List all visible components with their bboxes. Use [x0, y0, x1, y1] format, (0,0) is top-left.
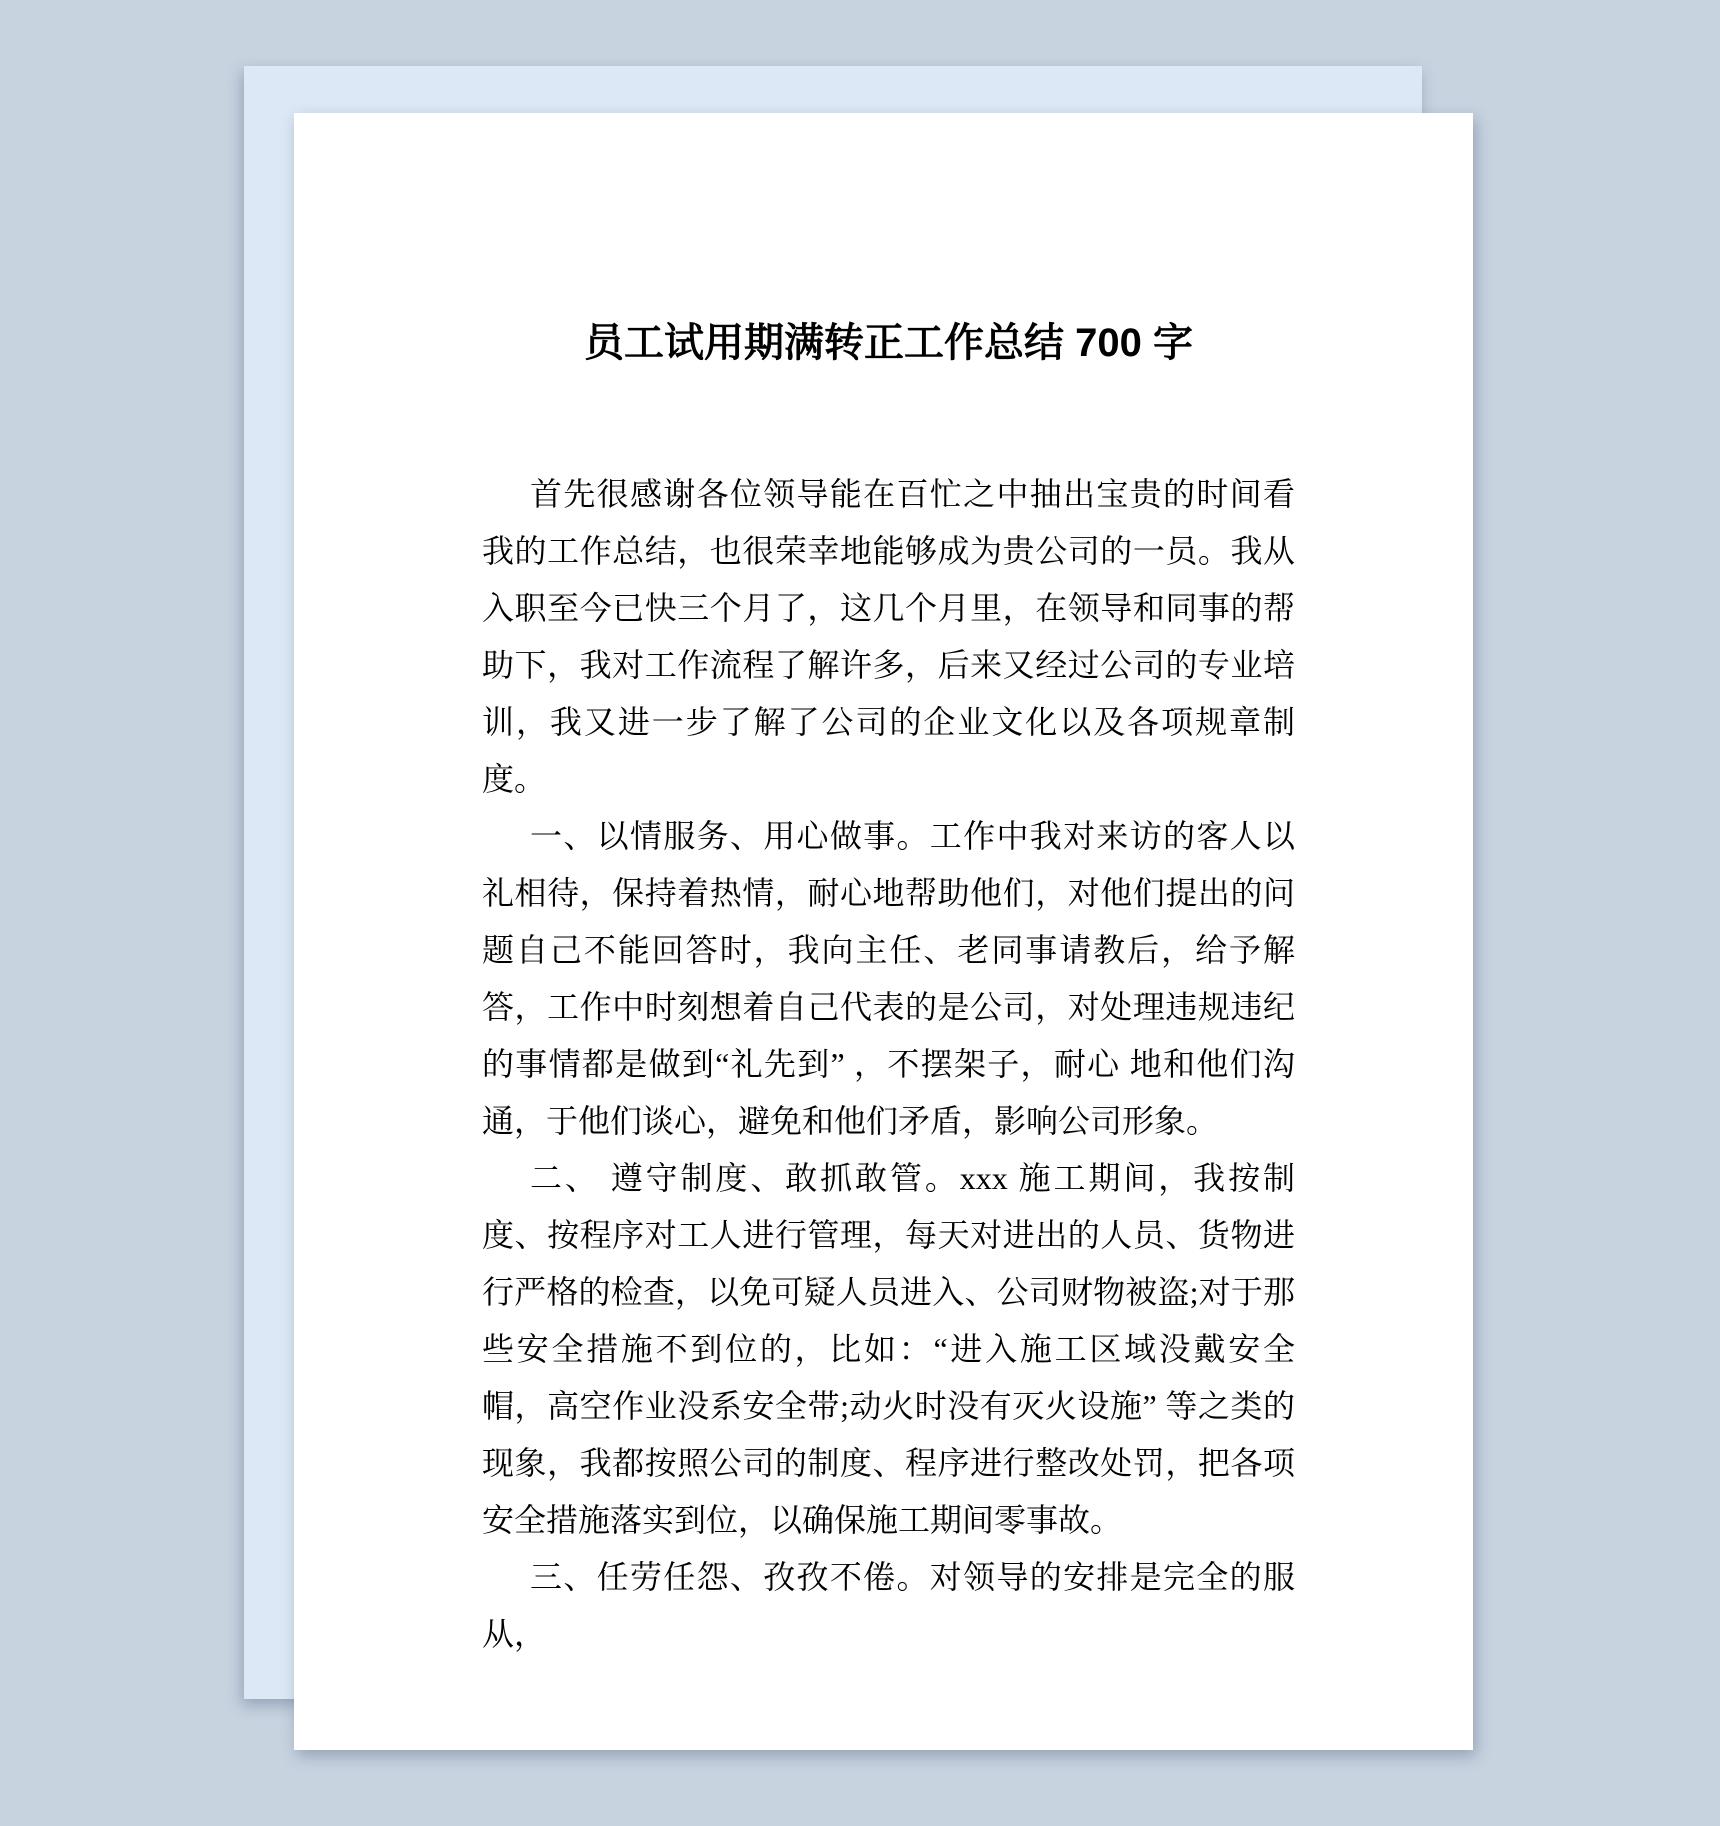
paragraph-point-two: 二、 遵守制度、敢抓敢管。xxx 施工期间，我按制度、按程序对工人进行管理，每天… — [482, 1150, 1295, 1549]
paragraph-point-three: 三、任劳任怨、孜孜不倦。对领导的安排是完全的服从， — [482, 1549, 1295, 1663]
paragraph-intro: 首先很感谢各位领导能在百忙之中抽出宝贵的时间看我的工作总结，也很荣幸地能够成为贵… — [482, 466, 1295, 808]
desktop-background: { "document": { "title": "员工试用期满转正工作总结 7… — [0, 0, 1720, 1826]
document-page: 员工试用期满转正工作总结 700 字 首先很感谢各位领导能在百忙之中抽出宝贵的时… — [294, 113, 1473, 1750]
document-body: 首先很感谢各位领导能在百忙之中抽出宝贵的时间看我的工作总结，也很荣幸地能够成为贵… — [482, 466, 1295, 1663]
paragraph-point-one: 一、以情服务、用心做事。工作中我对来访的客人以礼相待，保持着热情，耐心地帮助他们… — [482, 808, 1295, 1150]
document-title: 员工试用期满转正工作总结 700 字 — [482, 320, 1295, 366]
